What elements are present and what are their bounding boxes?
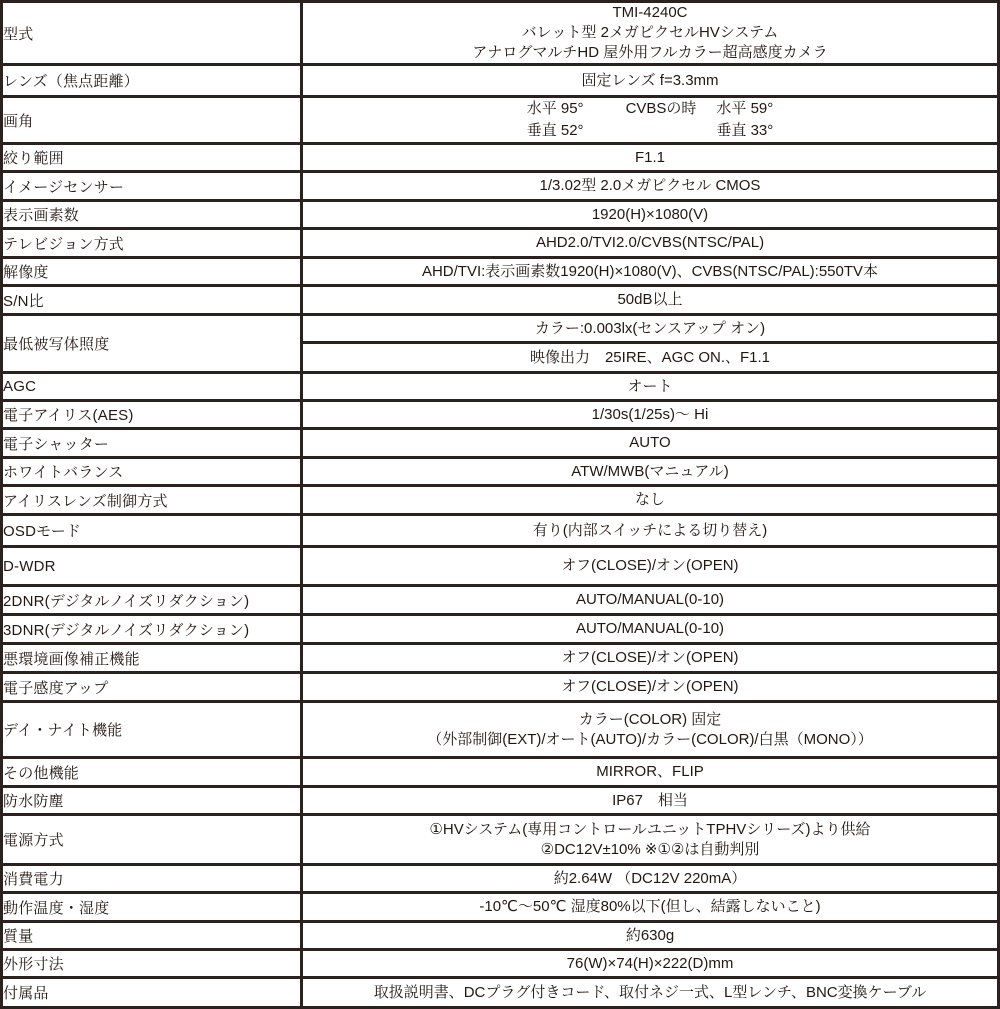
spec-row: 表示画素数1920(H)×1080(V) bbox=[2, 201, 999, 229]
spec-label: 表示画素数 bbox=[2, 201, 302, 229]
spec-row: 2DNR(デジタルノイズリダクション)AUTO/MANUAL(0-10) bbox=[2, 586, 999, 615]
spec-row: 最低被写体照度カラー:0.003lx(センスアップ オン) bbox=[2, 315, 999, 343]
spec-row: 電子感度アップオフ(CLOSE)/オン(OPEN) bbox=[2, 673, 999, 702]
spec-value: ①HVシステム(専用コントロールユニットTPHVシリーズ)より供給②DC12V±… bbox=[302, 815, 999, 865]
spec-row: 消費電力約2.64W （DC12V 220mA） bbox=[2, 865, 999, 893]
spec-label: 電子感度アップ bbox=[2, 673, 302, 702]
spec-value: 取扱説明書、DCプラグ付きコード、取付ネジ一式、L型レンチ、BNC変換ケーブル bbox=[302, 978, 999, 1008]
spec-label: 型式 bbox=[2, 2, 302, 65]
spec-value: 固定レンズ f=3.3mm bbox=[302, 65, 999, 97]
spec-value: カラー(COLOR) 固定（外部制御(EXT)/オート(AUTO)/カラー(CO… bbox=[302, 702, 999, 758]
spec-label: 質量 bbox=[2, 922, 302, 950]
spec-value: オート bbox=[302, 373, 999, 401]
spec-value: 有り(内部スイッチによる切り替え) bbox=[302, 515, 999, 547]
spec-row: D-WDRオフ(CLOSE)/オン(OPEN) bbox=[2, 547, 999, 586]
spec-label: アイリスレンズ制御方式 bbox=[2, 486, 302, 515]
spec-row: AGCオート bbox=[2, 373, 999, 401]
spec-value: ATW/MWB(マニュアル) bbox=[302, 458, 999, 486]
spec-label: 電源方式 bbox=[2, 815, 302, 865]
spec-row: 質量約630g bbox=[2, 922, 999, 950]
spec-value: カラー:0.003lx(センスアップ オン) bbox=[302, 315, 999, 343]
spec-label: レンズ（焦点距離） bbox=[2, 65, 302, 97]
spec-label: 防水防塵 bbox=[2, 787, 302, 815]
spec-row: 3DNR(デジタルノイズリダクション)AUTO/MANUAL(0-10) bbox=[2, 615, 999, 644]
spec-row: イメージセンサー1/3.02型 2.0メガピクセル CMOS bbox=[2, 172, 999, 201]
spec-label: S/N比 bbox=[2, 286, 302, 315]
view-angle-hv-system: 水平 95°垂直 52° bbox=[527, 98, 584, 142]
spec-row: 動作温度・湿度-10℃〜50℃ 湿度80%以下(但し、結露しないこと) bbox=[2, 893, 999, 922]
spec-label: D-WDR bbox=[2, 547, 302, 586]
spec-value: 約630g bbox=[302, 922, 999, 950]
spec-row: 外形寸法76(W)×74(H)×222(D)mm bbox=[2, 950, 999, 978]
spec-row: アイリスレンズ制御方式なし bbox=[2, 486, 999, 515]
spec-label: 悪環境画像補正機能 bbox=[2, 644, 302, 673]
spec-label: テレビジョン方式 bbox=[2, 229, 302, 258]
spec-label: 2DNR(デジタルノイズリダクション) bbox=[2, 586, 302, 615]
spec-row: 絞り範囲F1.1 bbox=[2, 144, 999, 172]
spec-label: 動作温度・湿度 bbox=[2, 893, 302, 922]
spec-table-body: 型式TMI-4240Cバレット型 2メガピクセルHVシステムアナログマルチHD … bbox=[2, 2, 999, 1008]
spec-row: S/N比50dB以上 bbox=[2, 286, 999, 315]
spec-value: オフ(CLOSE)/オン(OPEN) bbox=[302, 547, 999, 586]
spec-label: その他機能 bbox=[2, 758, 302, 787]
spec-label: 解像度 bbox=[2, 258, 302, 286]
spec-row: 画角水平 95°垂直 52°CVBSの時水平 59°垂直 33° bbox=[2, 97, 999, 144]
spec-value-view-angle: 水平 95°垂直 52°CVBSの時水平 59°垂直 33° bbox=[302, 97, 999, 144]
spec-label: AGC bbox=[2, 373, 302, 401]
spec-value: AUTO/MANUAL(0-10) bbox=[302, 586, 999, 615]
spec-label: 絞り範囲 bbox=[2, 144, 302, 172]
spec-row: 付属品取扱説明書、DCプラグ付きコード、取付ネジ一式、L型レンチ、BNC変換ケー… bbox=[2, 978, 999, 1008]
spec-row: 防水防塵IP67 相当 bbox=[2, 787, 999, 815]
spec-value: 1/30s(1/25s)〜 Hi bbox=[302, 401, 999, 429]
spec-label: 最低被写体照度 bbox=[2, 315, 302, 373]
spec-label: 消費電力 bbox=[2, 865, 302, 893]
spec-row: 電源方式①HVシステム(専用コントロールユニットTPHVシリーズ)より供給②DC… bbox=[2, 815, 999, 865]
spec-row: 解像度AHD/TVI:表示画素数1920(H)×1080(V)、CVBS(NTS… bbox=[2, 258, 999, 286]
spec-label: 電子シャッター bbox=[2, 429, 302, 458]
spec-row: OSDモード有り(内部スイッチによる切り替え) bbox=[2, 515, 999, 547]
spec-label: 電子アイリス(AES) bbox=[2, 401, 302, 429]
spec-row: 型式TMI-4240Cバレット型 2メガピクセルHVシステムアナログマルチHD … bbox=[2, 2, 999, 65]
spec-value: AHD/TVI:表示画素数1920(H)×1080(V)、CVBS(NTSC/P… bbox=[302, 258, 999, 286]
spec-value: AUTO/MANUAL(0-10) bbox=[302, 615, 999, 644]
spec-value: AHD2.0/TVI2.0/CVBS(NTSC/PAL) bbox=[302, 229, 999, 258]
spec-label: 外形寸法 bbox=[2, 950, 302, 978]
spec-row: テレビジョン方式AHD2.0/TVI2.0/CVBS(NTSC/PAL) bbox=[2, 229, 999, 258]
spec-value: オフ(CLOSE)/オン(OPEN) bbox=[302, 673, 999, 702]
spec-value: 映像出力 25IRE、AGC ON.、F1.1 bbox=[302, 343, 999, 373]
spec-row: 電子アイリス(AES)1/30s(1/25s)〜 Hi bbox=[2, 401, 999, 429]
spec-row: 悪環境画像補正機能オフ(CLOSE)/オン(OPEN) bbox=[2, 644, 999, 673]
spec-label: 画角 bbox=[2, 97, 302, 144]
spec-label: OSDモード bbox=[2, 515, 302, 547]
spec-row: ホワイトバランスATW/MWB(マニュアル) bbox=[2, 458, 999, 486]
spec-value: 1/3.02型 2.0メガピクセル CMOS bbox=[302, 172, 999, 201]
view-angle-cvbs-caption: CVBSの時 bbox=[626, 98, 697, 120]
spec-row: その他機能MIRROR、FLIP bbox=[2, 758, 999, 787]
spec-row: レンズ（焦点距離）固定レンズ f=3.3mm bbox=[2, 65, 999, 97]
spec-label: 付属品 bbox=[2, 978, 302, 1008]
spec-label: イメージセンサー bbox=[2, 172, 302, 201]
spec-value: 50dB以上 bbox=[302, 286, 999, 315]
spec-label: 3DNR(デジタルノイズリダクション) bbox=[2, 615, 302, 644]
spec-label: ホワイトバランス bbox=[2, 458, 302, 486]
spec-value: 1920(H)×1080(V) bbox=[302, 201, 999, 229]
view-angle-cvbs: 水平 59°垂直 33° bbox=[716, 98, 773, 142]
spec-value: オフ(CLOSE)/オン(OPEN) bbox=[302, 644, 999, 673]
view-angle-layout: 水平 95°垂直 52°CVBSの時水平 59°垂直 33° bbox=[303, 98, 997, 142]
spec-value: AUTO bbox=[302, 429, 999, 458]
spec-label: デイ・ナイト機能 bbox=[2, 702, 302, 758]
spec-value: なし bbox=[302, 486, 999, 515]
spec-value: IP67 相当 bbox=[302, 787, 999, 815]
spec-value: 約2.64W （DC12V 220mA） bbox=[302, 865, 999, 893]
spec-value: -10℃〜50℃ 湿度80%以下(但し、結露しないこと) bbox=[302, 893, 999, 922]
spec-value: TMI-4240Cバレット型 2メガピクセルHVシステムアナログマルチHD 屋外… bbox=[302, 2, 999, 65]
spec-value: F1.1 bbox=[302, 144, 999, 172]
camera-spec-table: 型式TMI-4240Cバレット型 2メガピクセルHVシステムアナログマルチHD … bbox=[0, 0, 1000, 1009]
spec-value: MIRROR、FLIP bbox=[302, 758, 999, 787]
spec-row: デイ・ナイト機能カラー(COLOR) 固定（外部制御(EXT)/オート(AUTO… bbox=[2, 702, 999, 758]
spec-value: 76(W)×74(H)×222(D)mm bbox=[302, 950, 999, 978]
spec-row: 電子シャッターAUTO bbox=[2, 429, 999, 458]
